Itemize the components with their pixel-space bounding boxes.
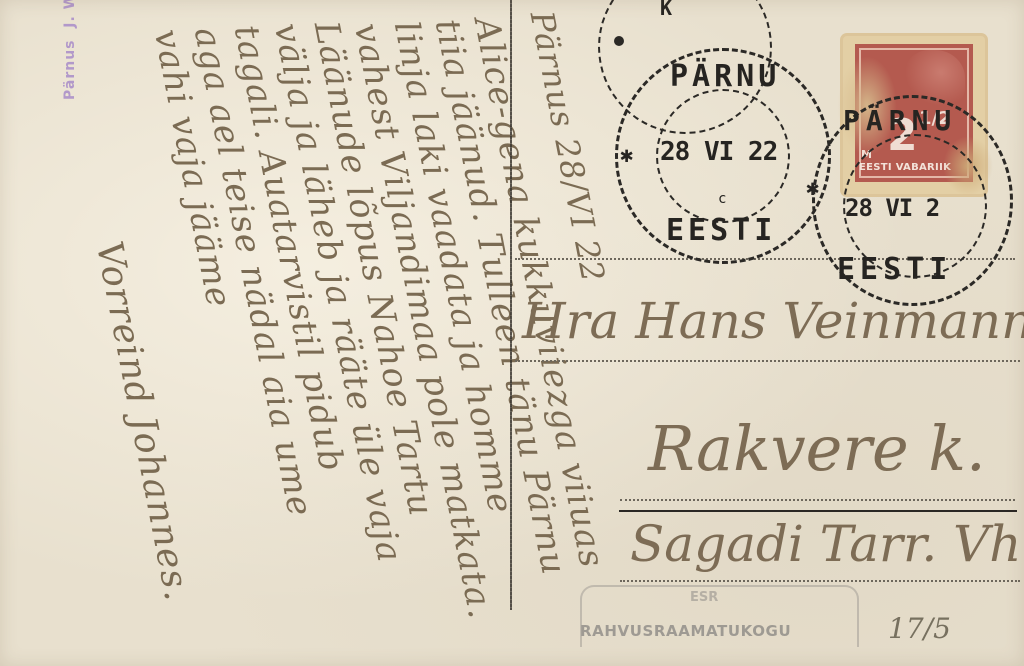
address-rule (620, 499, 1015, 501)
address-city: Rakvere k. (648, 412, 986, 485)
address-rule (620, 580, 1020, 582)
publisher-stamp: Pärnus J. Wilistner (62, 0, 78, 100)
library-stamp-top: ESR (690, 590, 718, 605)
postmark-left: PÄRNU 28 VI 22 c EESTI (615, 48, 831, 264)
address-rule (515, 360, 1020, 362)
message-signature: Vorreind Johannes. (88, 238, 198, 605)
address-underline (619, 510, 1017, 512)
postcard: Pärnus J. Wilistner Pärnus 28/VI 22 Alic… (0, 0, 1024, 666)
address-locality: Sagadi Tarr. Vh. (630, 515, 1024, 573)
library-stamp-name: RAHVUSRAAMATUKOGU (580, 622, 791, 640)
message-address-divider (510, 0, 512, 610)
shelf-mark: 17/5 (888, 612, 951, 645)
postmark-right: PÄRNU 28 VI 2 EESTI (812, 95, 1013, 306)
postmark-dot (614, 36, 624, 46)
postmark-star: ✱ (620, 143, 633, 168)
address-recipient: Hra Hans Veinmann (522, 292, 1024, 350)
